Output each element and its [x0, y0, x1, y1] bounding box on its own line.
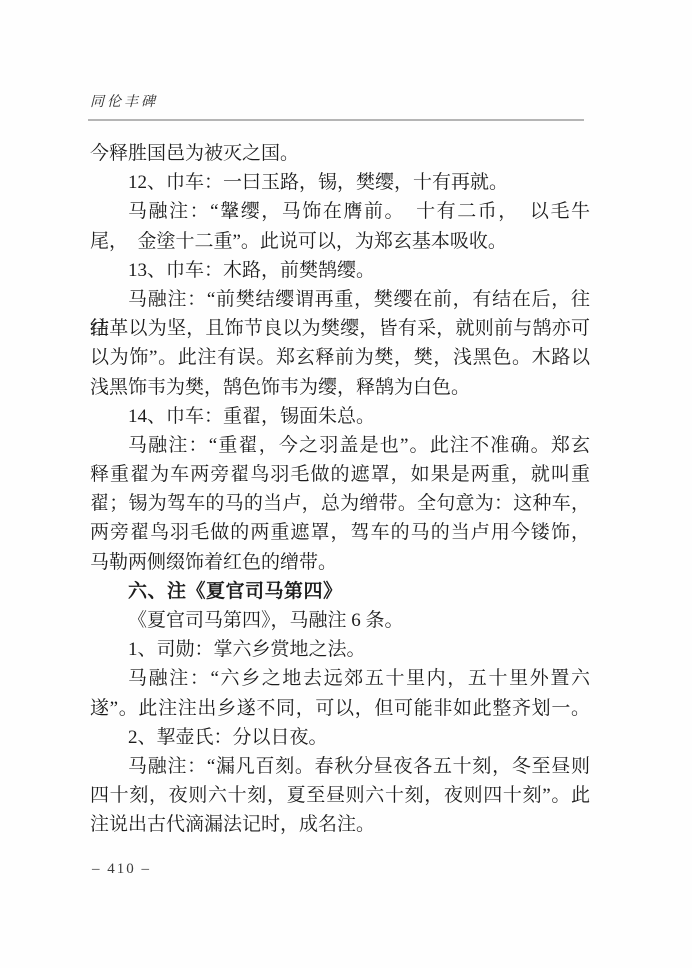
text-line: 四十刻，夜则六十刻，夏至昼则六十刻，夜则四十刻”。此 — [90, 781, 590, 810]
text-line: 马融注：“漏凡百刻。春秋分昼夜各五十刻，冬至昼则 — [90, 752, 590, 781]
text-line: 马勒两侧缀饰着红色的缯带。 — [90, 548, 590, 577]
text-line: 2、挈壶氏：分以日夜。 — [90, 723, 590, 752]
text-line: 12、巾车：一曰玉路，锡，樊缨，十有再就。 — [90, 168, 590, 197]
text-line: 以为饰”。此注有误。郑玄释前为樊，樊，浅黑色。木路以 — [90, 343, 590, 372]
text-line: 马融注：“重翟，今之羽盖是也”。此注不准确。郑玄 — [90, 431, 590, 460]
header-rule-divider — [88, 119, 584, 121]
text-line: 马融注：“前樊结缨谓再重，樊缨在前，有结在后，往往 — [90, 285, 590, 314]
running-header-title: 同伦丰碑 — [90, 91, 158, 111]
text-line: 翟；锡为驾车的马的当卢，总为缯带。全句意为：这种车， — [90, 489, 590, 518]
text-line: 1、司勋：掌六乡赏地之法。 — [90, 635, 590, 664]
text-line: 马融注：“鞶缨，马饰在膺前。 十有二币， 以毛牛 — [90, 197, 590, 226]
body-text-block: 今释胜国邑为被灭之国。 12、巾车：一曰玉路，锡，樊缨，十有再就。 马融注：“鞶… — [90, 139, 590, 840]
text-line: 浅黑饰韦为樊，鹄色饰韦为缨，释鹄为白色。 — [90, 373, 590, 402]
page-number: – 410 – — [92, 861, 151, 878]
text-line: 两旁翟鸟羽毛做的两重遮罩，驾车的马的当卢用今镂饰， — [90, 518, 590, 547]
text-line: 14、巾车：重翟，锡面朱总。 — [90, 402, 590, 431]
text-line: 《夏官司马第四》，马融注 6 条。 — [90, 606, 590, 635]
text-line: 遂”。此注注出乡遂不同，可以，但可能非如此整齐划一。 — [90, 694, 590, 723]
text-line: 今释胜国邑为被灭之国。 — [90, 139, 590, 168]
text-line: 13、巾车：木路，前樊鹄缨。 — [90, 256, 590, 285]
book-page: 同伦丰碑 今释胜国邑为被灭之国。 12、巾车：一曰玉路，锡，樊缨，十有再就。 马… — [0, 0, 692, 968]
text-line: 马融注：“六乡之地去远郊五十里内，五十里外置六 — [90, 664, 590, 693]
text-line: 注说出古代滴漏法记时，成名注。 — [90, 810, 590, 839]
section-heading: 六、注《夏官司马第四》 — [90, 577, 590, 606]
text-line: 结革以为坚，且饰节良以为樊缨，皆有采，就则前与鹄亦可 — [90, 314, 590, 343]
text-line: 释重翟为车两旁翟鸟羽毛做的遮罩，如果是两重，就叫重 — [90, 460, 590, 489]
text-line: 尾， 金塗十二重”。此说可以，为郑玄基本吸收。 — [90, 227, 590, 256]
